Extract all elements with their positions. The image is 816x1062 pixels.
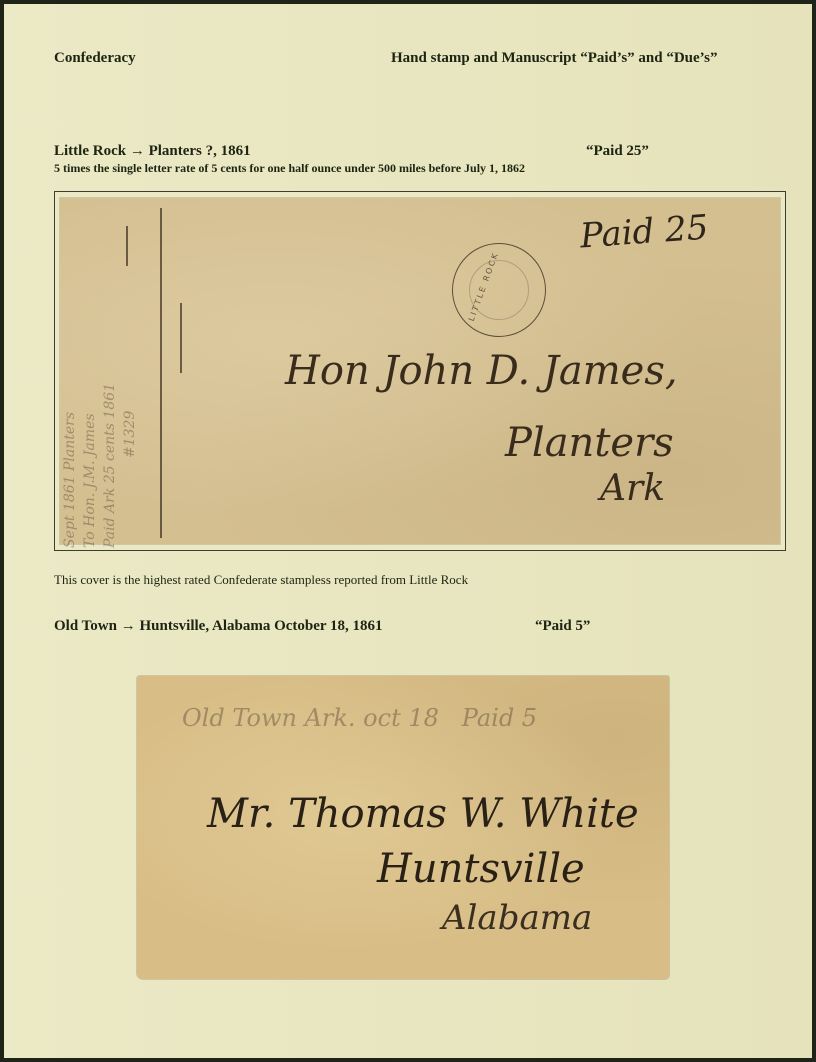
- cover-1-mount: Sept 1861 Planters To Hon. J.M. James Pa…: [54, 191, 786, 551]
- cover-1-address-line-1: Hon John D. James,: [285, 348, 678, 394]
- docket-line: To Hon. J.M. James: [80, 228, 100, 548]
- cover-1-envelope: Sept 1861 Planters To Hon. J.M. James Pa…: [60, 198, 780, 544]
- docket-rule: [126, 226, 128, 266]
- cover-1-postmark: LITTLE ROCK: [452, 243, 546, 337]
- cover-2-origin-marking: Old Town Ark. oct 18 Paid 5: [182, 704, 537, 732]
- docket-rule: [180, 303, 182, 373]
- cover-1-address-line-3: Ark: [600, 468, 665, 509]
- docket-line: #1329: [120, 228, 140, 548]
- section-1-rate: “Paid 25”: [586, 143, 649, 160]
- docket-rule: [160, 208, 162, 538]
- page-header-topic: Confederacy: [54, 50, 136, 67]
- section-1-description: 5 times the single letter rate of 5 cent…: [54, 161, 525, 176]
- cover-1-paid-marking: Paid 25: [579, 208, 710, 257]
- page-header-subject: Hand stamp and Manuscript “Paid’s” and “…: [391, 50, 717, 67]
- cover-2-address-line-3: Alabama: [442, 898, 592, 938]
- cover-2-address-line-2: Huntsville: [377, 846, 585, 892]
- route-to: Huntsville, Alabama October 18, 1861: [139, 618, 382, 634]
- album-page: Confederacy Hand stamp and Manuscript “P…: [4, 4, 812, 1058]
- route-to: Planters ?, 1861: [149, 143, 251, 159]
- cover-1-address-line-2: Planters: [505, 420, 674, 466]
- section-2-title: Old Town → Huntsville, Alabama October 1…: [54, 618, 383, 635]
- cover-2-address-line-1: Mr. Thomas W. White: [207, 791, 639, 837]
- docket-line: Sept 1861 Planters: [60, 228, 80, 548]
- section-2-rate: “Paid 5”: [535, 618, 590, 635]
- section-1-title: Little Rock → Planters ?, 1861: [54, 143, 251, 160]
- arrow-right-icon: →: [121, 618, 136, 634]
- section-1-caption: This cover is the highest rated Confeder…: [54, 572, 468, 588]
- docket-line: Paid Ark 25 cents 1861: [100, 228, 120, 548]
- cover-2-envelope: Old Town Ark. oct 18 Paid 5 Mr. Thomas W…: [137, 676, 669, 979]
- cover-1-docket: Sept 1861 Planters To Hon. J.M. James Pa…: [60, 228, 140, 548]
- arrow-right-icon: →: [130, 143, 145, 159]
- route-from: Old Town: [54, 618, 117, 634]
- route-from: Little Rock: [54, 143, 126, 159]
